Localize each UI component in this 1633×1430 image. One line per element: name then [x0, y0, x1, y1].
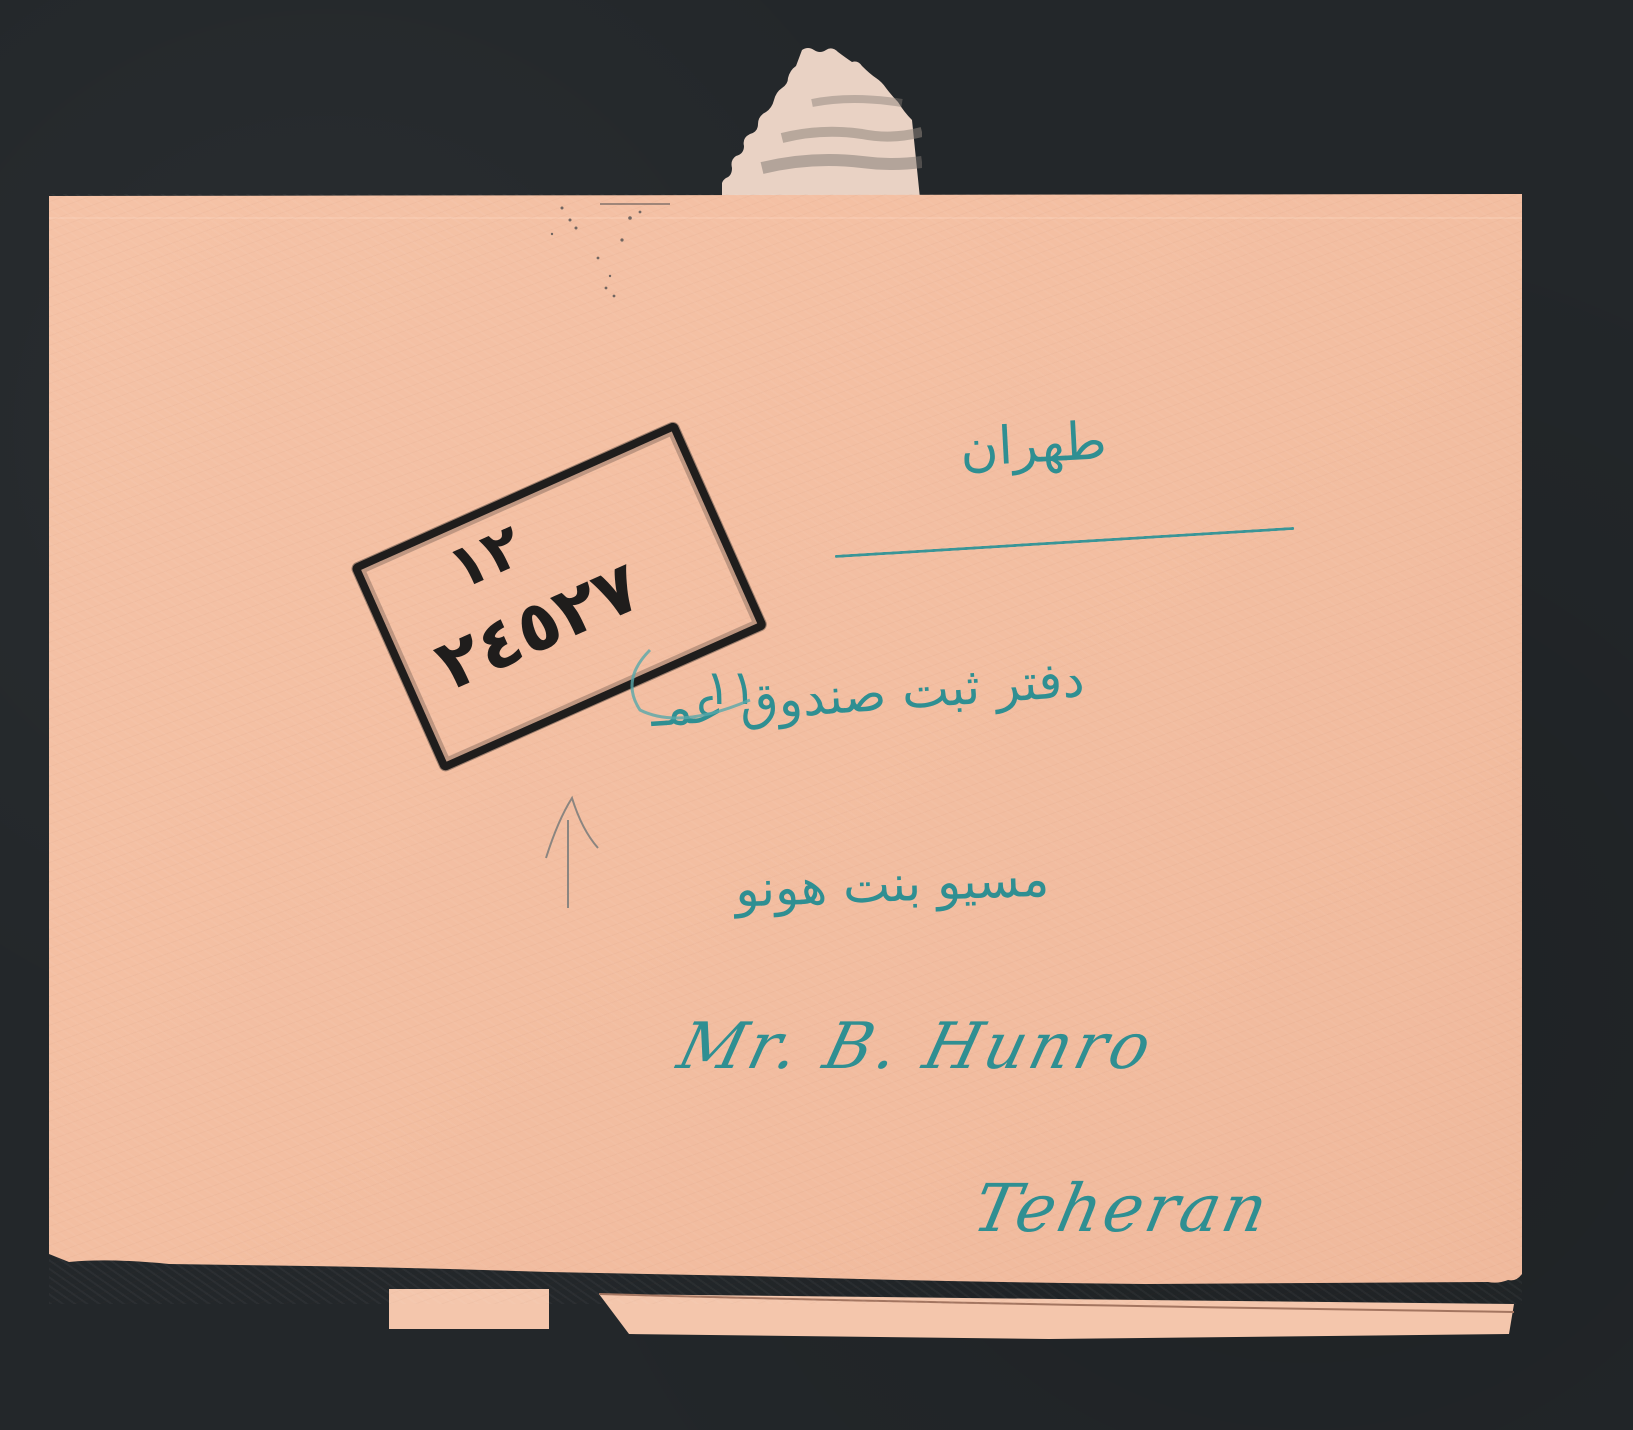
torn-stamp-fragment: [722, 48, 922, 218]
address-line-city-english: Teheran: [967, 1170, 1277, 1247]
address-line-name-persian: مسيو بنت هونو: [734, 850, 1050, 919]
address-line-name-english: Mr. B. Hunro: [671, 1010, 1162, 1084]
faint-postmark-traces: [540, 200, 700, 310]
envelope: [49, 194, 1522, 1374]
up-arrow-icon: [520, 790, 610, 960]
ink-flourish: [620, 640, 760, 730]
address-line-city-persian: طهران: [959, 411, 1109, 479]
